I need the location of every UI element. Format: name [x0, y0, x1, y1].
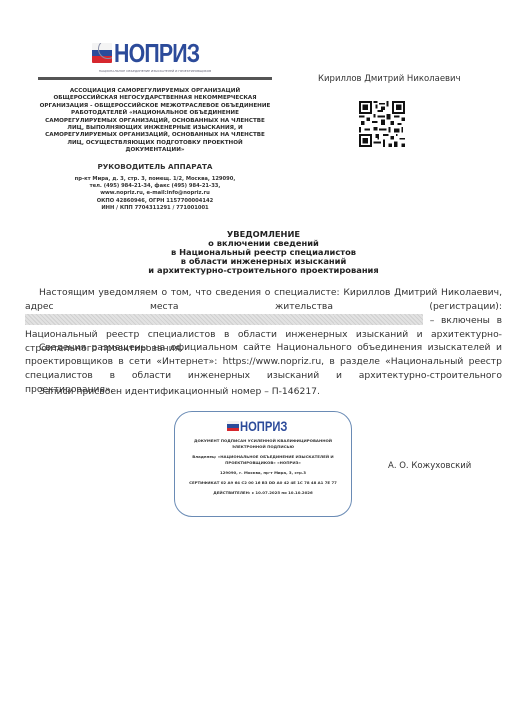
notice-title: УВЕДОМЛЕНИЕ о включении сведений в Нацио… — [0, 230, 527, 275]
header-divider — [38, 77, 272, 80]
contact-phone: тел. (495) 984-21-34, факс (495) 984-21-… — [38, 183, 272, 190]
russian-flag-icon — [92, 43, 112, 63]
stamp-logo-text: НОПРИЗ — [240, 418, 287, 434]
contact-okpo: ОКПО 42860946, ОГРН 1157700004142 — [38, 198, 272, 205]
contacts-block: пр-кт Мира, д. 3, стр. 3, помещ. 1/2, Мо… — [38, 176, 272, 212]
recipient-name: Кириллов Дмитрий Николаевич — [318, 74, 461, 84]
department-title: РУКОВОДИТЕЛЬ АППАРАТА — [38, 162, 272, 171]
logo-subtext: НАЦИОНАЛЬНОЕ ОБЪЕДИНЕНИЕ ИЗЫСКАТЕЛЕЙ И П… — [38, 69, 272, 73]
registry-id-text: Записи присвоен идентификационный номер … — [39, 386, 320, 397]
redacted-address — [334, 314, 423, 325]
nopriz-logo: НОПРИЗ — [38, 38, 272, 68]
contact-web: www.nopriz.ru, e-mail:info@nopriz.ru — [38, 190, 272, 197]
contact-inn: ИНН / КПП 7704311291 / 771001001 — [38, 205, 272, 212]
stamp-validity: ДЕЙСТВИТЕЛЕН: с 10.07.2025 по 10.10.2026 — [175, 490, 351, 496]
organization-name: АССОЦИАЦИЯ САМОРЕГУЛИРУЕМЫХ ОРГАНИЗАЦИЙ … — [38, 88, 272, 155]
qr-code-icon — [359, 101, 405, 147]
letterhead: НОПРИЗ НАЦИОНАЛЬНОЕ ОБЪЕДИНЕНИЕ ИЗЫСКАТЕ… — [38, 38, 272, 212]
signer-name: А. О. Кожуховский — [388, 461, 471, 471]
contact-address: пр-кт Мира, д. 3, стр. 3, помещ. 1/2, Мо… — [38, 176, 272, 183]
stamp-certificate: СЕРТИФИКАТ 02 A9 64 C2 00 16 B3 DD A0 42… — [175, 480, 351, 486]
title-line: и архитектурно-строительного проектирова… — [0, 266, 527, 275]
paragraph-id: Записи присвоен идентификационный номер … — [25, 385, 502, 399]
paragraph-text: Настоящим уведомляем о том, что сведения… — [25, 287, 502, 312]
russian-flag-icon — [227, 421, 239, 431]
redacted-address — [25, 314, 334, 325]
stamp-logo: НОПРИЗ — [175, 418, 351, 434]
logo-text: НОПРИЗ — [114, 38, 199, 68]
electronic-signature-stamp: НОПРИЗ ДОКУМЕНТ ПОДПИСАН УСИЛЕННОЙ КВАЛИ… — [174, 411, 352, 517]
